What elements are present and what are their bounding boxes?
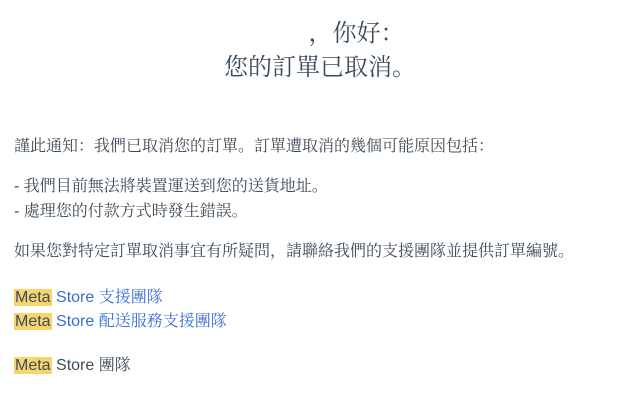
reasons-list: - 我們目前無法將裝置運送到您的送貨地址。- 處理您的付款方式時發生錯誤。 [14,174,626,224]
support-links: Meta Store 支援團隊Meta Store 配送服務支援團隊 [14,286,626,334]
support-team-link-label: Store 支援團隊 [52,289,163,306]
greeting-line: ，你好： [14,17,626,51]
shipping-support-team-link[interactable]: Meta Store 配送服務支援團隊 [14,313,227,330]
support-note: 如果您對特定訂單取消事宜有所疑問，請聯絡我們的支援團隊並提供訂單編號。 [14,239,626,264]
brand-highlight: Meta [14,357,52,374]
redacted-name-placeholder [236,40,309,41]
brand-highlight: Meta [14,289,52,306]
signature-text: Store 團隊 [52,357,131,374]
greeting-heading: ，你好： 您的訂單已取消。 [14,17,626,85]
order-cancelled-title: 您的訂單已取消。 [14,51,626,85]
support-team-link[interactable]: Meta Store 支援團隊 [14,289,163,306]
email-body: ，你好： 您的訂單已取消。 謹此通知：我們已取消您的訂單。訂單遭取消的幾個可能原… [0,0,640,403]
intro-paragraph: 謹此通知：我們已取消您的訂單。訂單遭取消的幾個可能原因包括： [14,134,626,159]
reason-item-payment: - 處理您的付款方式時發生錯誤。 [14,203,248,220]
brand-highlight: Meta [14,313,52,330]
signature-line: Meta Store 團隊 [14,353,626,378]
email-page: { "page": { "background": "#ffffff" }, "… [0,0,640,403]
greeting-text: ，你好： [309,20,405,47]
shipping-support-team-link-label: Store 配送服務支援團隊 [52,313,227,330]
reason-item-shipping: - 我們目前無法將裝置運送到您的送貨地址。 [14,178,328,195]
